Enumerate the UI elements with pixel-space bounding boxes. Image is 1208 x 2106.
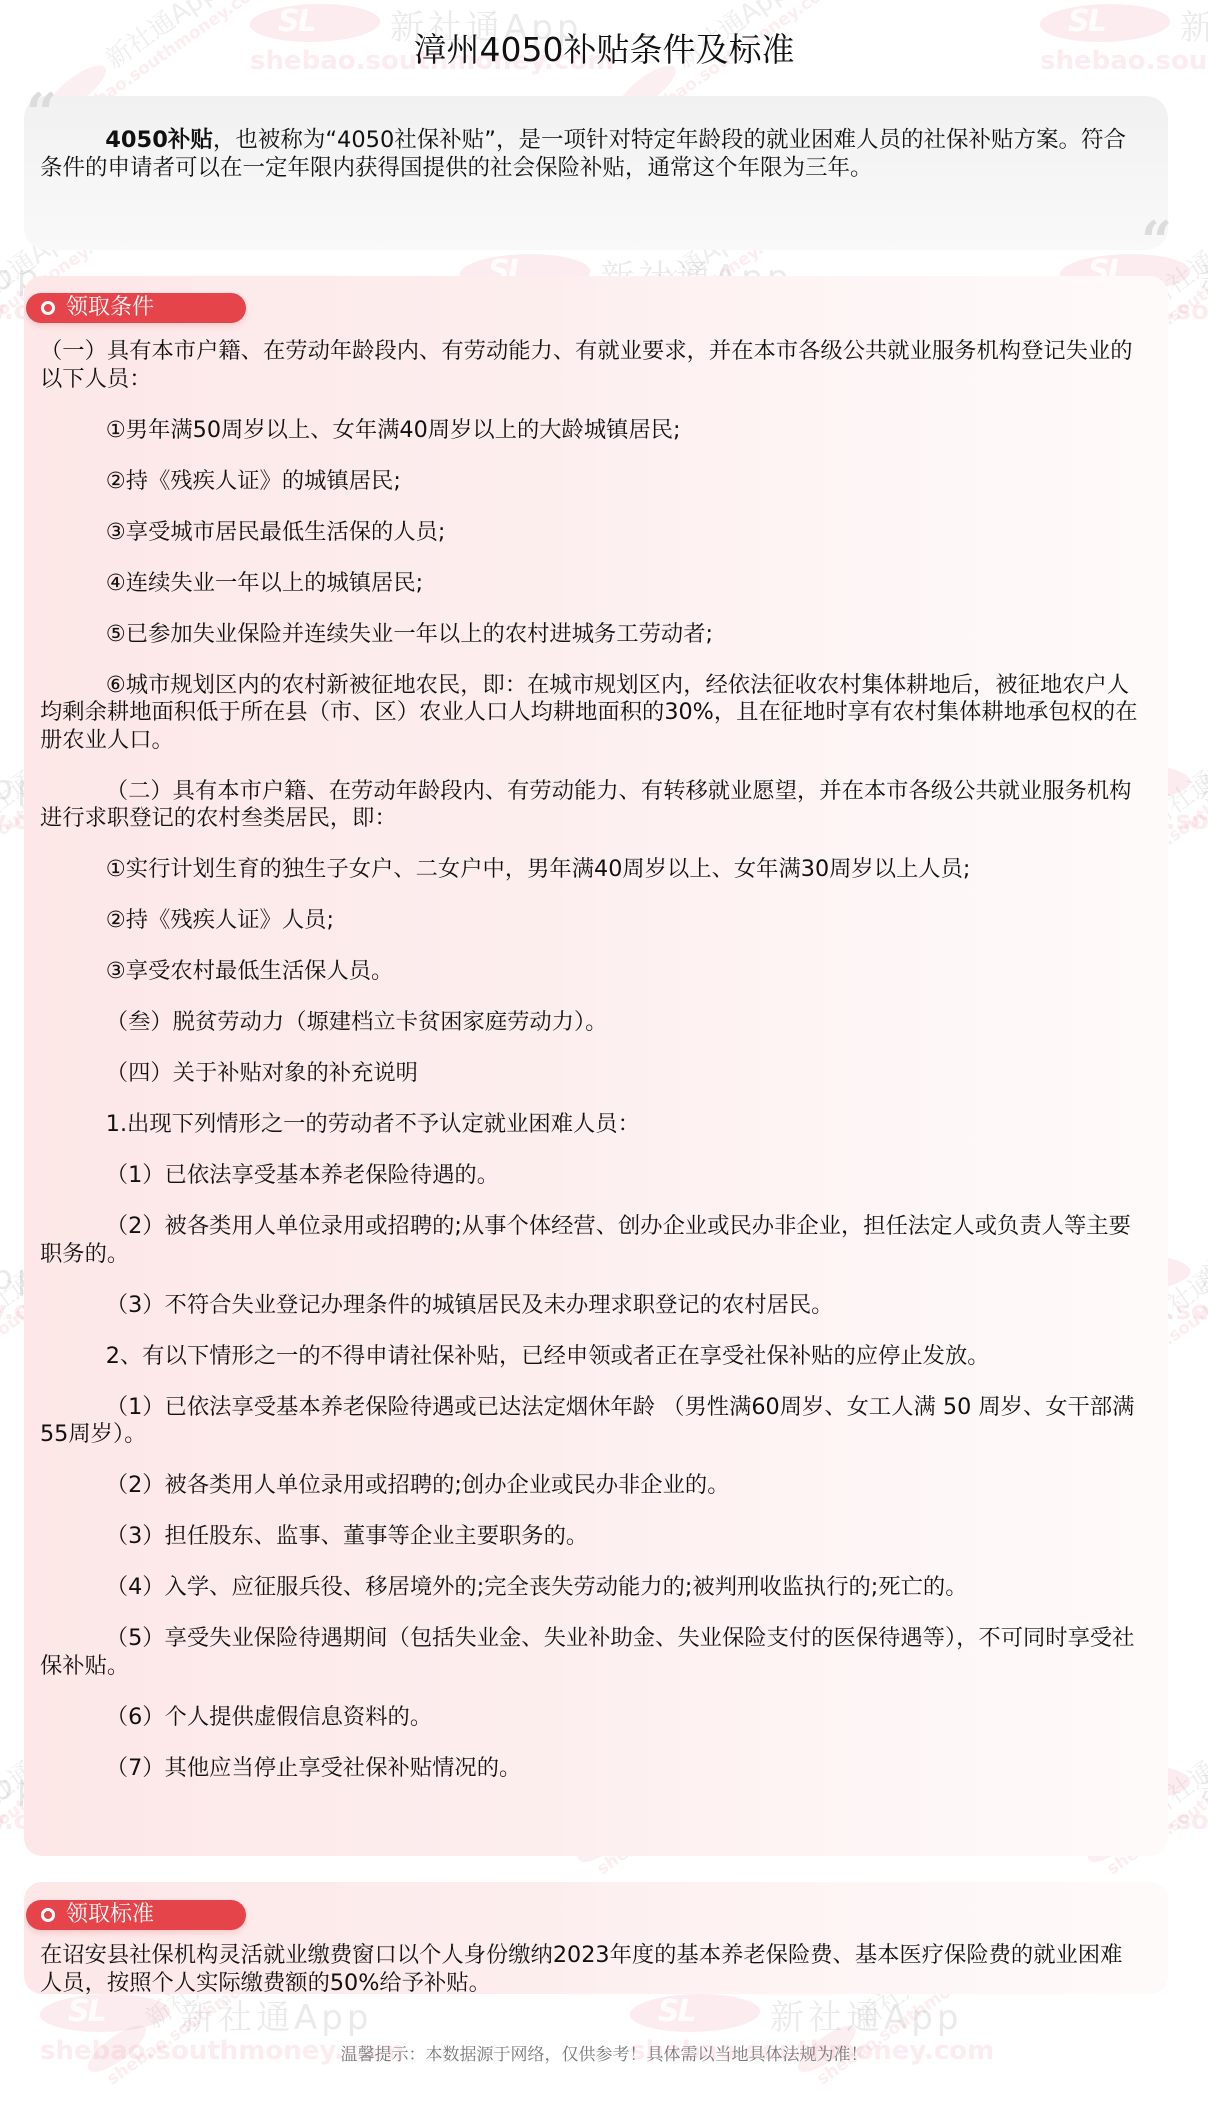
footer-notice: 温馨提示：本数据源于网络，仅供参考！具体需以当地具体法规为准！	[0, 2040, 1208, 2065]
ring-icon	[41, 1908, 55, 1922]
paragraph: ③享受城市居民最低生活保的人员;	[40, 519, 1140, 547]
paragraph: ②持《残疾人证》人员;	[40, 907, 1140, 935]
paragraph: （3）担任股东、监事、董事等企业主要职务的。	[40, 1523, 1140, 1551]
paragraph: （1）已依法享受基本养老保险待遇或已达法定烟休年龄 （男性满60周岁、女工人满 …	[40, 1394, 1140, 1449]
paragraph: （4）入学、应征服兵役、移居境外的;完全丧失劳动能力的;被判刑收监执行的;死亡的…	[40, 1574, 1140, 1602]
open-quote-icon: “	[26, 86, 57, 140]
paragraph: 2、有以下情形之一的不得申请社保补贴，已经申领或者正在享受社保补贴的应停止发放。	[40, 1343, 1140, 1371]
paragraph: 1.出现下列情形之一的劳动者不予认定就业困难人员：	[40, 1111, 1140, 1139]
close-quote-icon: “	[1141, 214, 1172, 268]
paragraph: （1）已依法享受基本养老保险待遇的。	[40, 1162, 1140, 1190]
section-body-conditions: （一）具有本市户籍、在劳动年龄段内、有劳动能力、有就业要求，并在本市各级公共就业…	[40, 338, 1140, 1806]
paragraph: （2）被各类用人单位录用或招聘的;从事个体经营、创办企业或民办非企业，担任法定人…	[40, 1213, 1140, 1268]
intro-bold-lead: 4050补贴	[105, 127, 213, 153]
intro-text: 4050补贴，也被称为“4050社保补贴”，是一项针对特定年龄段的就业困难人员的…	[40, 126, 1142, 182]
badge-label: 领取标准	[66, 1902, 154, 1927]
section-body-standards: 在诏安县社保机构灵活就业缴费窗口以个人身份缴纳2023年度的基本养老保险费、基本…	[40, 1942, 1140, 2021]
paragraph: （6）个人提供虚假信息资料的。	[40, 1704, 1140, 1732]
paragraph: ③享受农村最低生活保人员。	[40, 958, 1140, 986]
paragraph: （叁）脱贫劳动力（塬建档立卡贫困家庭劳动力）。	[40, 1009, 1140, 1037]
badge-label: 领取条件	[66, 295, 154, 320]
page: SL新社通Appshebao.southmoney.comSL新社通Appshe…	[0, 0, 1208, 2106]
ring-icon	[41, 301, 55, 315]
section-standards: 领取标准 在诏安县社保机构灵活就业缴费窗口以个人身份缴纳2023年度的基本养老保…	[24, 1882, 1168, 1994]
paragraph: 在诏安县社保机构灵活就业缴费窗口以个人身份缴纳2023年度的基本养老保险费、基本…	[40, 1942, 1140, 1997]
section-conditions: 领取条件 （一）具有本市户籍、在劳动年龄段内、有劳动能力、有就业要求，并在本市各…	[24, 276, 1168, 1856]
page-title: 漳州4050补贴条件及标准	[0, 28, 1208, 72]
paragraph: （四）关于补贴对象的补充说明	[40, 1060, 1140, 1088]
paragraph: ⑤已参加失业保险并连续失业一年以上的农村进城务工劳动者;	[40, 621, 1140, 649]
section-badge-conditions: 领取条件	[26, 293, 246, 323]
paragraph: （二）具有本市户籍、在劳动年龄段内、有劳动能力、有转移就业愿望，并在本市各级公共…	[40, 778, 1140, 833]
paragraph: （5）享受失业保险待遇期间（包括失业金、失业补助金、失业保险支付的医保待遇等），…	[40, 1625, 1140, 1680]
section-badge-standards: 领取标准	[26, 1900, 246, 1930]
paragraph: ④连续失业一年以上的城镇居民;	[40, 570, 1140, 598]
paragraph: （一）具有本市户籍、在劳动年龄段内、有劳动能力、有就业要求，并在本市各级公共就业…	[40, 338, 1140, 393]
paragraph: ①男年满50周岁以上、女年满40周岁以上的大龄城镇居民;	[40, 417, 1140, 445]
paragraph: （7）其他应当停止享受社保补贴情况的。	[40, 1755, 1140, 1783]
paragraph: ⑥城市规划区内的农村新被征地农民，即：在城市规划区内，经依法征收农村集体耕地后，…	[40, 672, 1140, 755]
paragraph: ②持《残疾人证》的城镇居民;	[40, 468, 1140, 496]
paragraph: ①实行计划生育的独生子女户、二女户中，男年满40周岁以上、女年满30周岁以上人员…	[40, 856, 1140, 884]
intro-box: “ 4050补贴，也被称为“4050社保补贴”，是一项针对特定年龄段的就业困难人…	[24, 96, 1168, 250]
paragraph: （3）不符合失业登记办理条件的城镇居民及未办理求职登记的农村居民。	[40, 1292, 1140, 1320]
paragraph: （2）被各类用人单位录用或招聘的;创办企业或民办非企业的。	[40, 1472, 1140, 1500]
